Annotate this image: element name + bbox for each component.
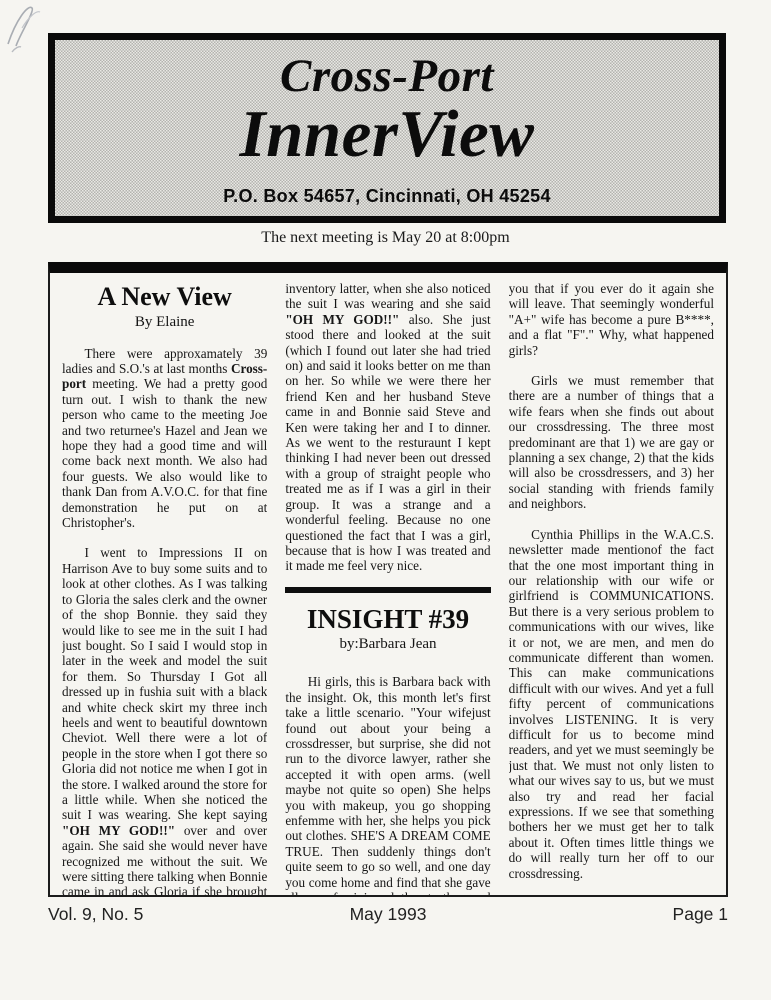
column-1: A New View By Elaine There were approxam… bbox=[62, 281, 267, 895]
meeting-notice: The next meeting is May 20 at 8:00pm bbox=[0, 229, 771, 247]
column-2: inventory latter, when she also noticed … bbox=[285, 281, 490, 895]
newsletter-page: Cross-Port InnerView P.O. Box 54657, Cin… bbox=[0, 0, 771, 1000]
page-footer: Vol. 9, No. 5 May 1993 Page 1 bbox=[48, 904, 728, 925]
article-title-insight-39: INSIGHT #39 bbox=[285, 605, 490, 635]
paragraph: Girls we must remember that there are a … bbox=[509, 373, 714, 512]
insight-article-header: INSIGHT #39 by:Barbara Jean bbox=[285, 605, 490, 654]
footer-page-number: Page 1 bbox=[501, 904, 728, 925]
article-byline-elaine: By Elaine bbox=[62, 314, 267, 331]
section-divider-rule bbox=[285, 587, 490, 593]
column2-paragraphs: Hi girls, this is Barbara back with the … bbox=[285, 674, 490, 895]
column2-continuation: inventory latter, when she also noticed … bbox=[285, 281, 490, 574]
column1-paragraphs: There were approxamately 39 ladies and S… bbox=[62, 346, 267, 895]
masthead-box: Cross-Port InnerView P.O. Box 54657, Cin… bbox=[48, 33, 726, 223]
paragraph: I went to Impressions II on Harrison Ave… bbox=[62, 545, 267, 895]
column-3: you that if you ever do it again she wil… bbox=[509, 281, 714, 895]
footer-date: May 1993 bbox=[275, 904, 502, 925]
footer-volume: Vol. 9, No. 5 bbox=[48, 904, 275, 925]
po-box-address: P.O. Box 54657, Cincinnati, OH 45254 bbox=[223, 186, 551, 207]
paragraph: Cynthia Phillips in the W.A.C.S. newslet… bbox=[509, 527, 714, 881]
paragraph: you that if you ever do it again she wil… bbox=[509, 281, 714, 358]
paragraph: inventory latter, when she also noticed … bbox=[285, 281, 490, 574]
paragraph: Hi girls, this is Barbara back with the … bbox=[285, 674, 490, 895]
newsletter-title-line1: Cross-Port bbox=[280, 53, 494, 101]
paragraph: There were approxamately 39 ladies and S… bbox=[62, 346, 267, 531]
article-byline-barbara-jean: by:Barbara Jean bbox=[285, 636, 490, 653]
article-title-a-new-view: A New View bbox=[62, 283, 267, 312]
column3-paragraphs: you that if you ever do it again she wil… bbox=[509, 281, 714, 895]
article-body-box: A New View By Elaine There were approxam… bbox=[48, 262, 728, 897]
newsletter-title-line2: InnerView bbox=[240, 101, 535, 168]
